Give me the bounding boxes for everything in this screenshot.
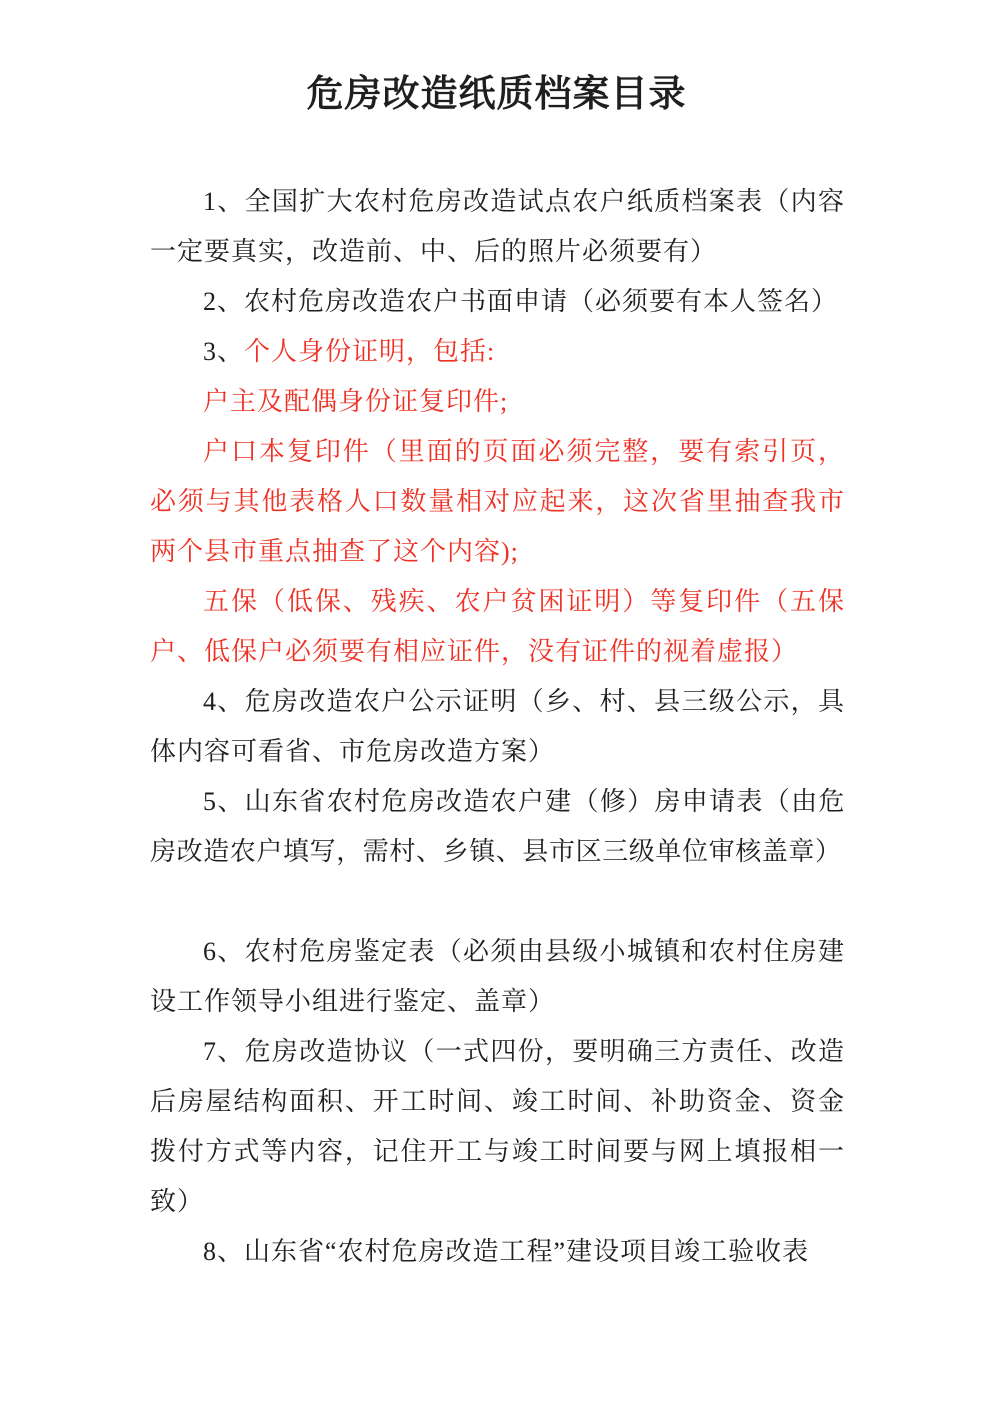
paragraph: 3、个人身份证明，包括:: [150, 327, 845, 377]
text-segment: 6、农村危房鉴定表（必须由县级小城镇和农村住房建设工作领导小组进行鉴定、盖章）: [150, 937, 845, 1016]
text-segment: 8、山东省“农村危房改造工程”建设项目竣工验收表: [203, 1237, 809, 1266]
paragraph: 户口本复印件（里面的页面必须完整，要有索引页，必须与其他表格人口数量相对应起来，…: [150, 427, 845, 577]
paragraph: 8、山东省“农村危房改造工程”建设项目竣工验收表: [150, 1227, 845, 1277]
text-segment: 5、山东省农村危房改造农户建（修）房申请表（由危房改造农户填写，需村、乡镇、县市…: [150, 787, 845, 866]
text-segment: 户口本复印件（里面的页面必须完整，要有索引页，必须与其他表格人口数量相对应起来，…: [150, 437, 845, 566]
document-page: 危房改造纸质档案目录 1、全国扩大农村危房改造试点农户纸质档案表（内容一定要真实…: [0, 0, 993, 1404]
text-segment: 2、农村危房改造农户书面申请（必须要有本人签名）: [203, 287, 838, 316]
text-segment: 户主及配偶身份证复印件;: [203, 387, 508, 416]
paragraph: 五保（低保、残疾、农户贫困证明）等复印件（五保户、低保户必须要有相应证件，没有证…: [150, 577, 845, 677]
text-segment: 1、全国扩大农村危房改造试点农户纸质档案表（内容一定要真实，改造前、中、后的照片…: [150, 187, 845, 266]
text-segment: 7、危房改造协议（一式四份，要明确三方责任、改造后房屋结构面积、开工时间、竣工时…: [150, 1037, 845, 1216]
text-segment: 个人身份证明，包括:: [244, 337, 495, 366]
paragraph: 6、农村危房鉴定表（必须由县级小城镇和农村住房建设工作领导小组进行鉴定、盖章）: [150, 927, 845, 1027]
text-segment: 4、危房改造农户公示证明（乡、村、县三级公示，具体内容可看省、市危房改造方案）: [150, 687, 845, 766]
paragraph: 2、农村危房改造农户书面申请（必须要有本人签名）: [150, 277, 845, 327]
paragraph: 7、危房改造协议（一式四份，要明确三方责任、改造后房屋结构面积、开工时间、竣工时…: [150, 1027, 845, 1227]
document-body: 1、全国扩大农村危房改造试点农户纸质档案表（内容一定要真实，改造前、中、后的照片…: [150, 177, 845, 1277]
paragraph: 1、全国扩大农村危房改造试点农户纸质档案表（内容一定要真实，改造前、中、后的照片…: [150, 177, 845, 277]
paragraph: 5、山东省农村危房改造农户建（修）房申请表（由危房改造农户填写，需村、乡镇、县市…: [150, 777, 845, 877]
document-title: 危房改造纸质档案目录: [0, 0, 993, 120]
paragraph: 户主及配偶身份证复印件;: [150, 377, 845, 427]
text-segment: 3、: [203, 337, 244, 366]
blank-line: [150, 877, 845, 927]
paragraph: 4、危房改造农户公示证明（乡、村、县三级公示，具体内容可看省、市危房改造方案）: [150, 677, 845, 777]
text-segment: 五保（低保、残疾、农户贫困证明）等复印件（五保户、低保户必须要有相应证件，没有证…: [150, 587, 845, 666]
